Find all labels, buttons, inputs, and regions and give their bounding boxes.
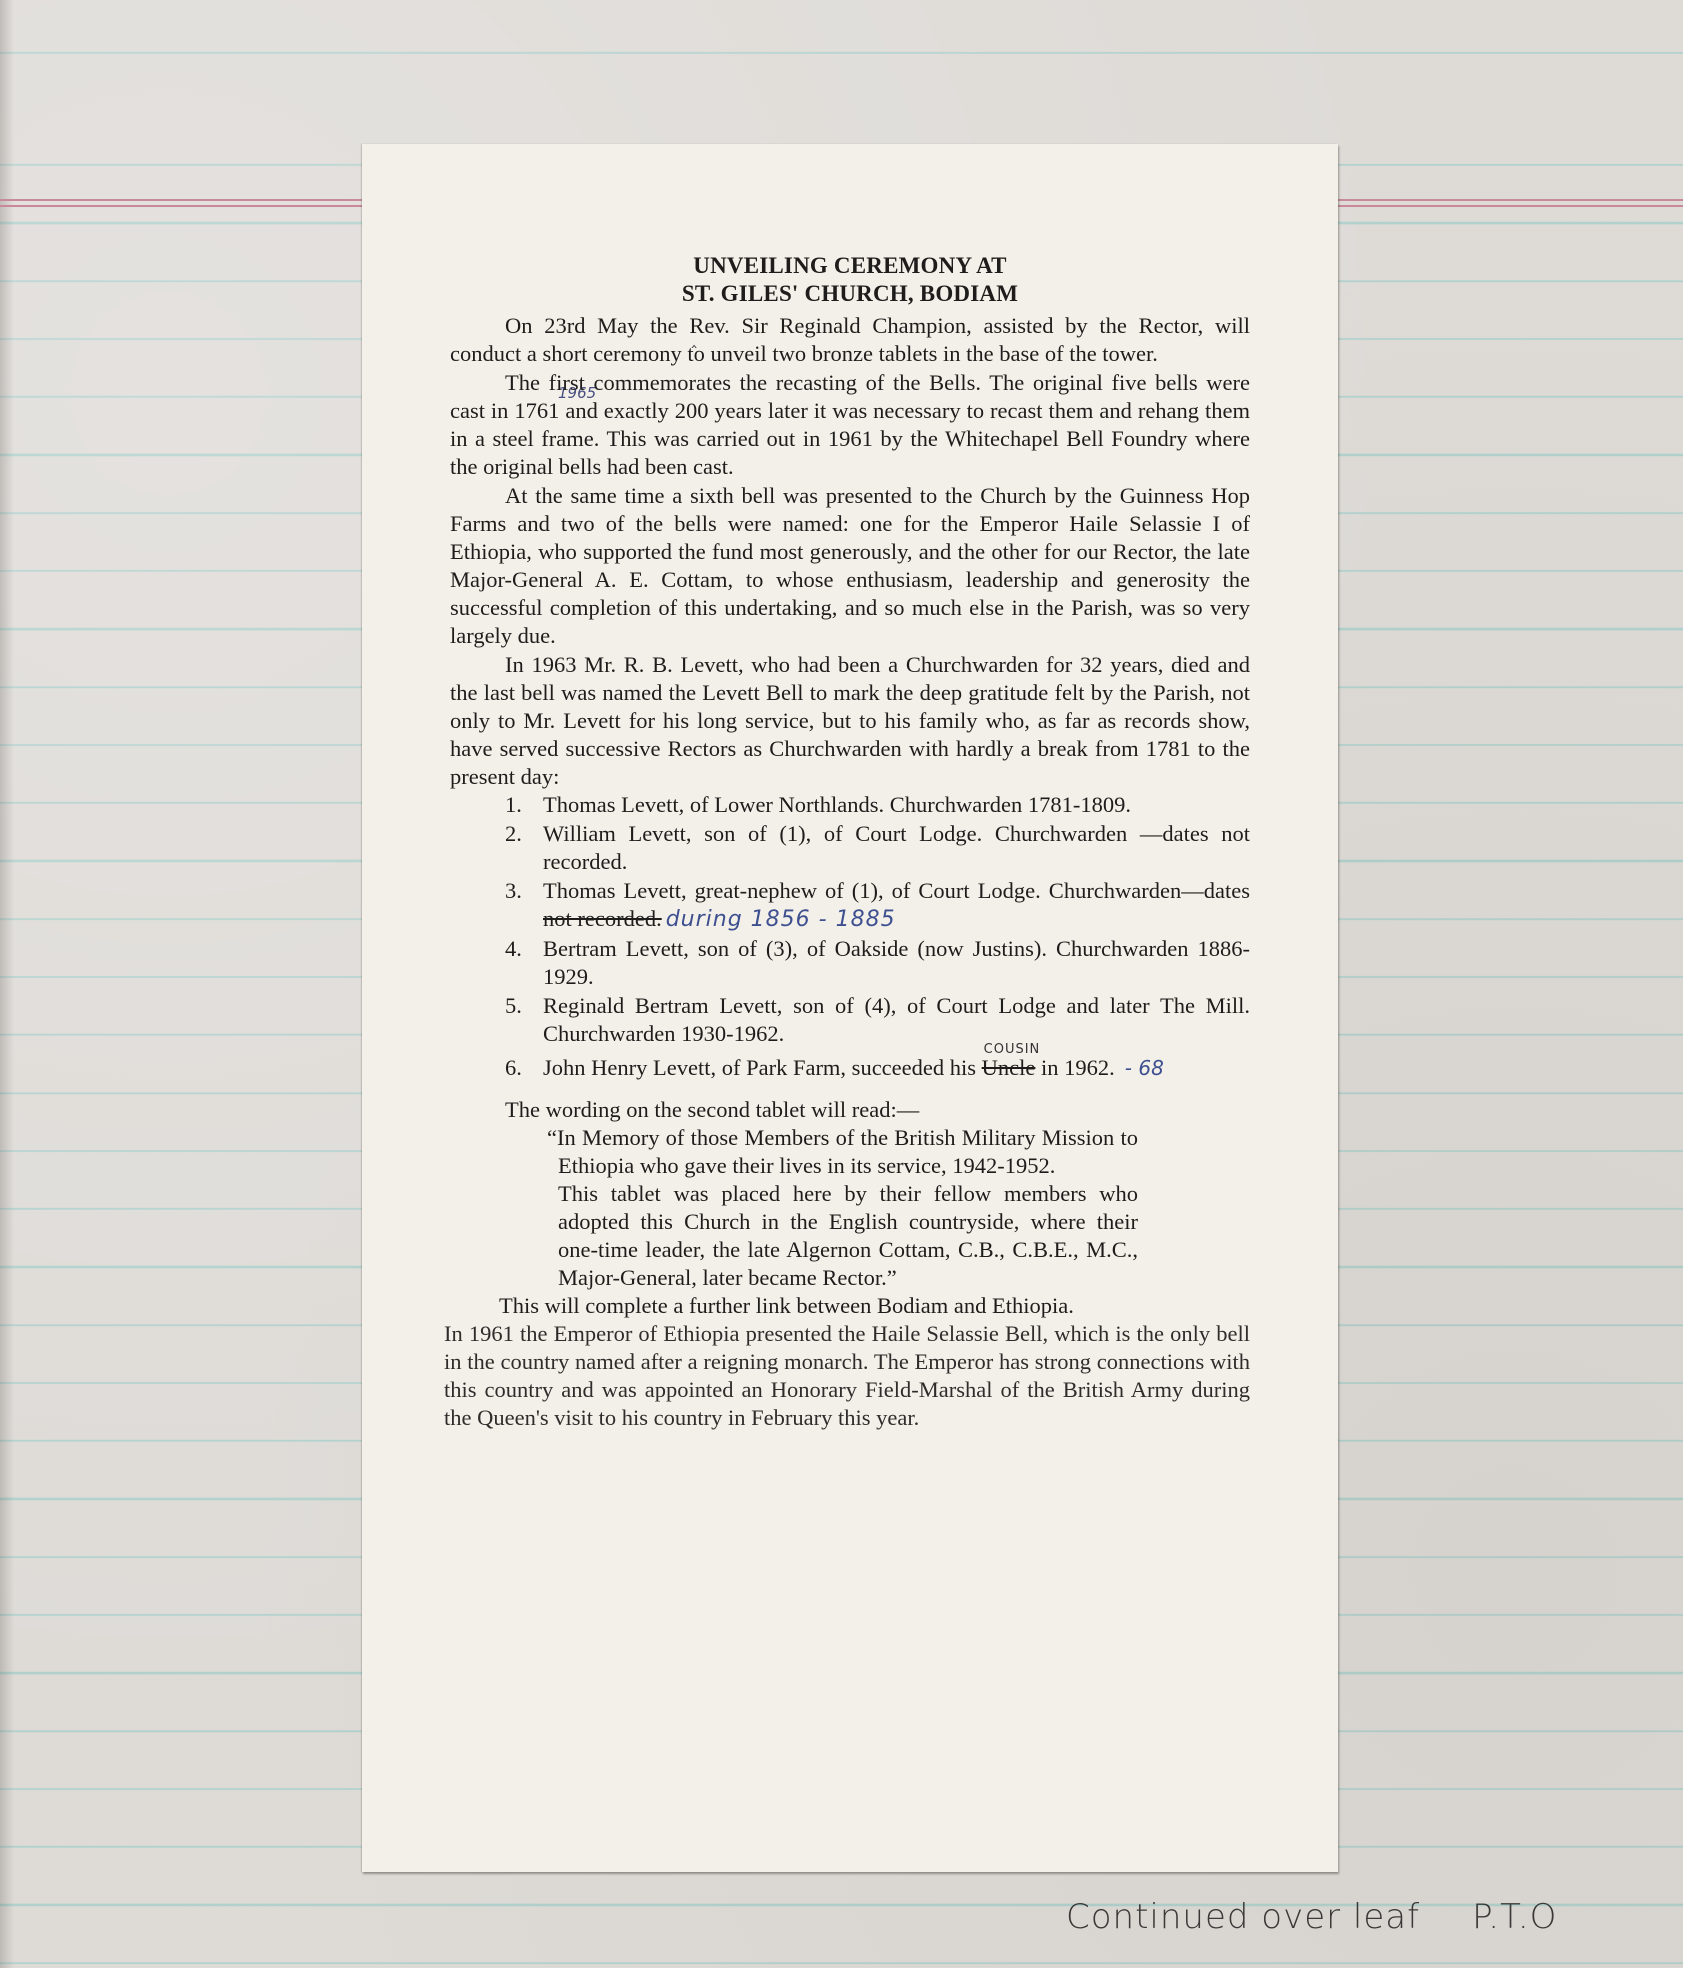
- list-item: 5. Reginald Bertram Levett, son of (4), …: [505, 992, 1250, 1048]
- list-number: 5.: [505, 992, 522, 1020]
- inscription-part-2: This tablet was placed here by their fel…: [558, 1180, 1138, 1292]
- list-text: Thomas Levett, of Lower Northlands. Chur…: [543, 792, 1131, 817]
- list-number: 6.: [505, 1054, 522, 1082]
- paragraph-levett-bell: In 1963 Mr. R. B. Levett, who had been a…: [450, 651, 1250, 791]
- paragraph-intro: On 23rd May‸ the Rev. Sir Reginald Champ…: [450, 312, 1250, 368]
- list-text: Bertram Levett, son of (3), of Oakside (…: [543, 936, 1250, 989]
- list-text: Reginald Bertram Levett, son of (4), of …: [543, 993, 1250, 1046]
- tablet-inscription: “In Memory of those Members of the Briti…: [558, 1124, 1138, 1292]
- intro-text-start: On 23rd May: [505, 313, 638, 338]
- list-number: 2.: [505, 820, 522, 848]
- pto-note: P.T.O: [1472, 1897, 1557, 1937]
- caret-mark-icon: ‸: [636, 325, 696, 353]
- list-item: 6. John Henry Levett, of Park Farm, succ…: [505, 1054, 1250, 1082]
- closing-line: This will complete a further link betwee…: [444, 1292, 1250, 1320]
- list-text-end: in 1962.: [1035, 1055, 1114, 1080]
- list-text: John Henry Levett, of Park Farm, succeed…: [543, 1055, 982, 1080]
- list-number: 4.: [505, 935, 522, 963]
- handwritten-end-year: - 68: [1125, 1056, 1164, 1080]
- closing-paragraph: In 1961 the Emperor of Ethiopia presente…: [444, 1320, 1250, 1432]
- title-line-2: ST. GILES' CHURCH, BODIAM: [450, 280, 1250, 308]
- list-item: 3. Thomas Levett, great-nephew of (1), o…: [505, 877, 1250, 934]
- list-text: Thomas Levett, great-nephew of (1), of C…: [543, 878, 1250, 903]
- handwritten-dates: during 1856 - 1885: [666, 907, 896, 932]
- continued-note: Continued over leaf: [1066, 1897, 1420, 1937]
- list-item: 1. Thomas Levett, of Lower Northlands. C…: [505, 791, 1250, 819]
- handwritten-footer-note: Continued over leafP.T.O: [1066, 1897, 1557, 1937]
- handwritten-correction: COUSIN: [984, 1036, 1041, 1064]
- list-item: 2. William Levett, son of (1), of Court …: [505, 820, 1250, 876]
- list-number: 1.: [505, 791, 522, 819]
- paragraph-recasting: The first commemorates the recasting of …: [450, 369, 1250, 481]
- leaflet-content: UNVEILING CEREMONY AT ST. GILES' CHURCH,…: [450, 252, 1250, 1432]
- pasted-leaflet: 1965 UNVEILING CEREMONY AT ST. GILES' CH…: [362, 144, 1338, 1872]
- page-edge-shadow: [0, 0, 14, 1968]
- inscription-part-1: “In Memory of those Members of the Briti…: [558, 1124, 1138, 1180]
- paragraph-sixth-bell: At the same time a sixth bell was presen…: [450, 482, 1250, 650]
- list-item: 4. Bertram Levett, son of (3), of Oaksid…: [505, 935, 1250, 991]
- list-number: 3.: [505, 877, 522, 905]
- list-text: William Levett, son of (1), of Court Lod…: [543, 821, 1250, 874]
- churchwarden-list: 1. Thomas Levett, of Lower Northlands. C…: [450, 791, 1250, 1082]
- title-line-1: UNVEILING CEREMONY AT: [450, 252, 1250, 280]
- struck-out-text: not recorded.: [543, 906, 662, 931]
- correction: COUSINUncle: [982, 1054, 1036, 1082]
- document-title: UNVEILING CEREMONY AT ST. GILES' CHURCH,…: [450, 252, 1250, 308]
- tablet-intro: The wording on the second tablet will re…: [450, 1096, 1250, 1124]
